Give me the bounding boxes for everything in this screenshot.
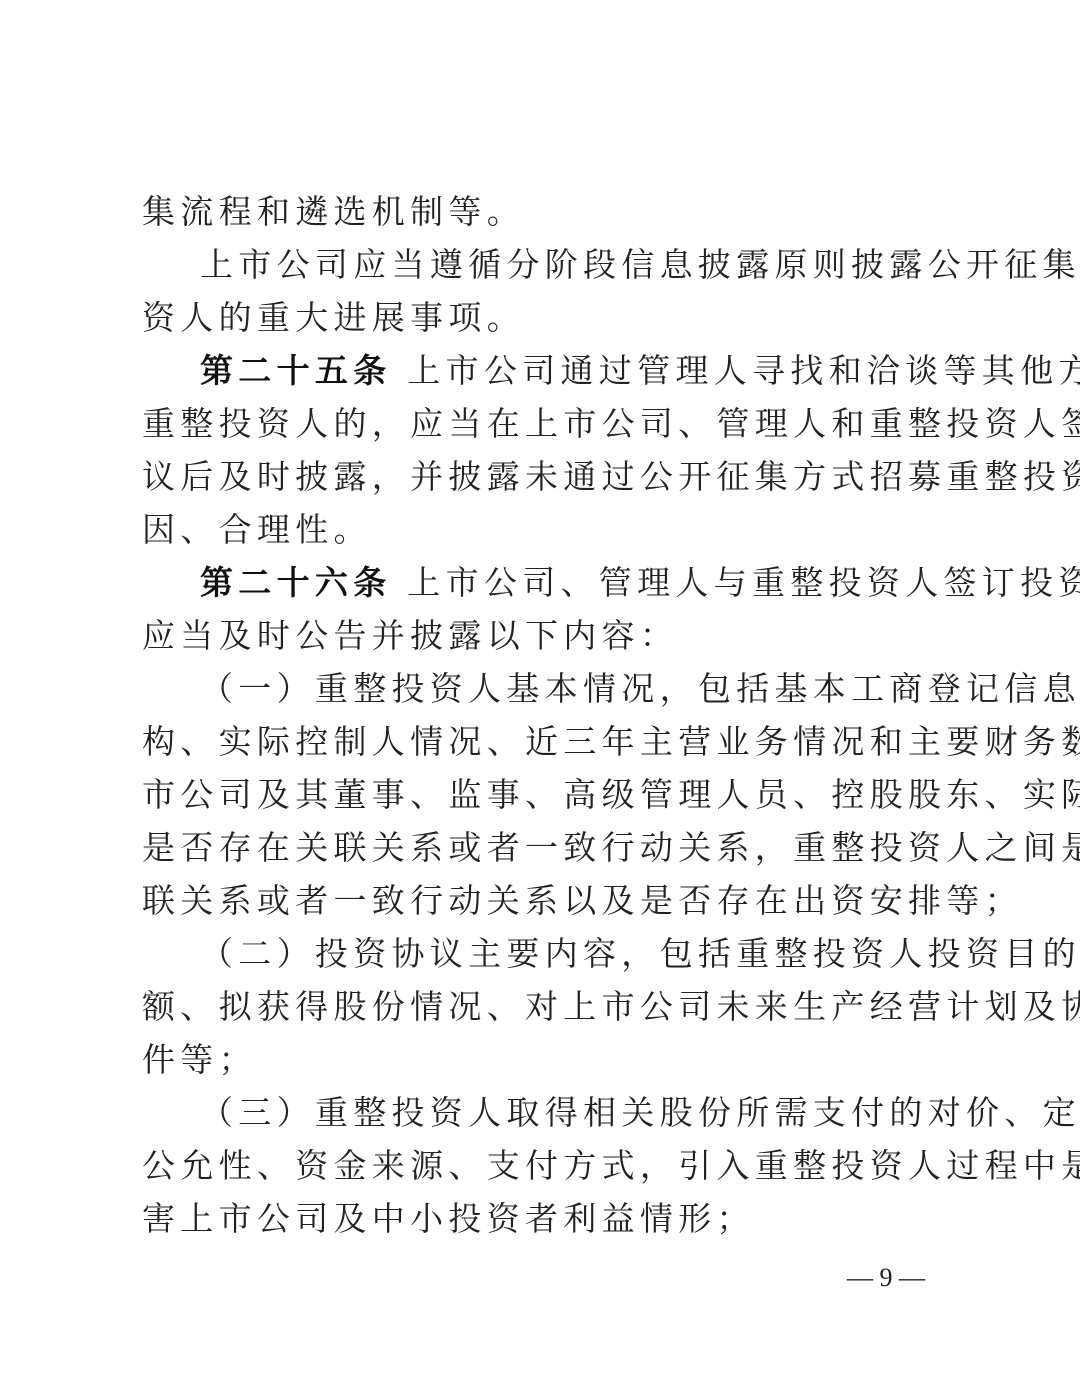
text-line: 公允性、资金来源、支付方式，引入重整投资人过程中是否存在损 <box>142 1146 952 1186</box>
line-text: 额、拟获得股份情况、对上市公司未来生产经营计划及协议生效条 <box>142 987 1080 1026</box>
line-text: 上市公司应当遵循分阶段信息披露原则披露公开征集重整投 <box>200 245 1080 284</box>
line-text: 联关系或者一致行动关系以及是否存在出资安排等； <box>142 881 1023 920</box>
article-25-start: 第二十五条 上市公司通过管理人寻找和洽谈等其他方式引进 <box>200 351 952 391</box>
line-text: 资人的重大进展事项。 <box>142 298 525 337</box>
item-3-start: （三）重整投资人取得相关股份所需支付的对价、定价依据及 <box>200 1093 952 1133</box>
item-1-start: （一）重整投资人基本情况，包括基本工商登记信息、股权结 <box>200 669 952 709</box>
text-line: 集流程和遴选机制等。 <box>142 192 952 232</box>
text-line: 件等； <box>142 1040 952 1080</box>
line-text: 公允性、资金来源、支付方式，引入重整投资人过程中是否存在损 <box>142 1146 1080 1185</box>
article-heading: 第二十五条 <box>200 351 392 390</box>
text-line: 联关系或者一致行动关系以及是否存在出资安排等； <box>142 881 952 921</box>
line-text: 议后及时披露，并披露未通过公开征集方式招募重整投资人的原 <box>142 457 1080 496</box>
text-line: 因、合理性。 <box>142 510 952 550</box>
line-text: 上市公司通过管理人寻找和洽谈等其他方式引进 <box>392 351 1080 390</box>
document-page: 集流程和遴选机制等。 上市公司应当遵循分阶段信息披露原则披露公开征集重整投 资人… <box>0 0 1080 1398</box>
line-text: 应当及时公告并披露以下内容： <box>142 616 678 655</box>
line-text: 件等； <box>142 1040 257 1079</box>
line-text: （三）重整投资人取得相关股份所需支付的对价、定价依据及 <box>200 1093 1080 1132</box>
page-number: — 9 — <box>836 1263 936 1293</box>
article-heading: 第二十六条 <box>200 563 392 602</box>
item-2-start: （二）投资协议主要内容，包括重整投资人投资目的、投资金 <box>200 934 952 974</box>
line-text: 害上市公司及中小投资者利益情形； <box>142 1199 755 1238</box>
text-line: 议后及时披露，并披露未通过公开征集方式招募重整投资人的原 <box>142 457 952 497</box>
line-text: 市公司及其董事、监事、高级管理人员、控股股东、实际控制人等 <box>142 775 1080 814</box>
text-line: 应当及时公告并披露以下内容： <box>142 616 952 656</box>
line-text: （二）投资协议主要内容，包括重整投资人投资目的、投资金 <box>200 934 1080 973</box>
text-line: 额、拟获得股份情况、对上市公司未来生产经营计划及协议生效条 <box>142 987 952 1027</box>
line-text: 因、合理性。 <box>142 510 372 549</box>
text-line: 构、实际控制人情况、近三年主营业务情况和主要财务数据、与上 <box>142 722 952 762</box>
line-text: （一）重整投资人基本情况，包括基本工商登记信息、股权结 <box>200 669 1080 708</box>
text-line: 市公司及其董事、监事、高级管理人员、控股股东、实际控制人等 <box>142 775 952 815</box>
text-line: 是否存在关联关系或者一致行动关系，重整投资人之间是否存在关 <box>142 828 952 868</box>
line-text: 上市公司、管理人与重整投资人签订投资协议的， <box>392 563 1080 602</box>
line-text: 重整投资人的，应当在上市公司、管理人和重整投资人签订投资协 <box>142 404 1080 443</box>
line-text: 集流程和遴选机制等。 <box>142 192 525 231</box>
line-text: 是否存在关联关系或者一致行动关系，重整投资人之间是否存在关 <box>142 828 1080 867</box>
text-line: 害上市公司及中小投资者利益情形； <box>142 1199 952 1239</box>
article-26-start: 第二十六条 上市公司、管理人与重整投资人签订投资协议的， <box>200 563 952 603</box>
text-line: 资人的重大进展事项。 <box>142 298 952 338</box>
paragraph-start: 上市公司应当遵循分阶段信息披露原则披露公开征集重整投 <box>200 245 952 285</box>
text-line: 重整投资人的，应当在上市公司、管理人和重整投资人签订投资协 <box>142 404 952 444</box>
line-text: 构、实际控制人情况、近三年主营业务情况和主要财务数据、与上 <box>142 722 1080 761</box>
